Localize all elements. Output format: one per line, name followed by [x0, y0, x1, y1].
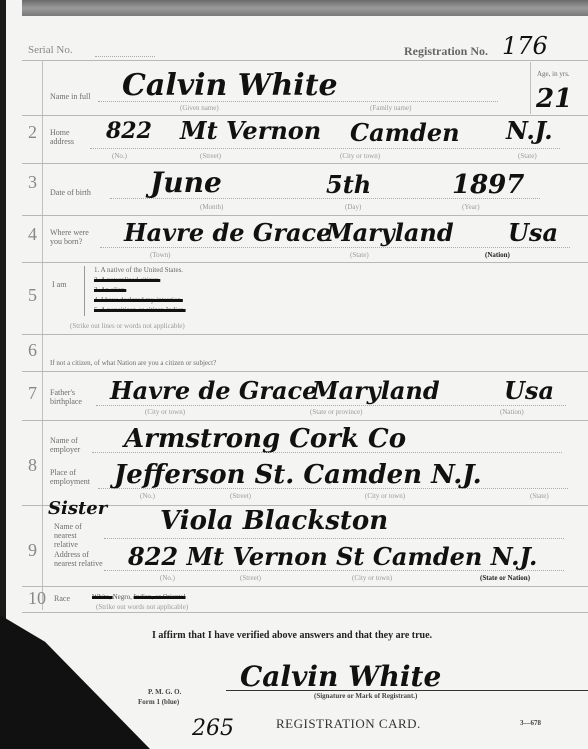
serial-label: Serial No. [28, 44, 73, 56]
form-id-line1: P. M. G. O. [148, 688, 181, 696]
caption: (Strike out lines or words not applicabl… [70, 322, 185, 330]
father-birthplace-label: Father's birthplace [50, 388, 90, 406]
torn-corner [0, 615, 150, 749]
race-option: Negro, [113, 593, 134, 601]
registration-number: 176 [502, 32, 548, 60]
birthplace-label: Where were you born? [50, 228, 100, 246]
row-number: 7 [28, 383, 37, 404]
caption: (No.) [140, 492, 155, 500]
place-of-employment-label: Place of employment [50, 468, 98, 486]
print-code: 3—678 [520, 719, 541, 727]
caption: (State or province) [310, 408, 362, 416]
divider [22, 420, 588, 421]
divider [22, 215, 588, 216]
row-number: 10 [28, 588, 46, 609]
signature-caption: (Signature or Mark of Registrant.) [314, 692, 417, 700]
affirmation-text: I affirm that I have verified above answ… [152, 630, 432, 641]
caption: (Town) [150, 251, 171, 259]
caption: (State or Nation) [480, 574, 530, 582]
citizenship-option: 5. A noncitizen or citizen Indian. [94, 305, 186, 315]
caption: (Nation) [485, 251, 510, 259]
address-line [90, 148, 560, 149]
relationship-annotation: Sister [48, 498, 107, 519]
caption: (State) [350, 251, 369, 259]
birthplace-line [100, 247, 570, 248]
dob-month: June [150, 166, 222, 199]
row-number: 9 [28, 540, 37, 561]
caption: (No.) [160, 574, 175, 582]
caption: (City or town) [365, 492, 405, 500]
relative-address-label: Address of nearest relative [54, 550, 104, 568]
father-town: Havre de Grace [110, 376, 317, 405]
registration-label: Registration No. [404, 44, 488, 59]
employer-line [92, 452, 562, 453]
card-top-edge [22, 0, 588, 16]
serial-line [95, 56, 155, 57]
divider [22, 262, 588, 263]
caption: (No.) [112, 152, 127, 160]
employer-label: Name of employer [50, 436, 90, 454]
caption: (Given name) [180, 104, 219, 112]
row-number: 3 [28, 172, 37, 193]
caption: (City or town) [340, 152, 380, 160]
signature-line [226, 690, 588, 691]
father-nation: Usa [504, 376, 554, 405]
form-id-line2: Form 1 (blue) [138, 698, 179, 706]
caption: (City or town) [352, 574, 392, 582]
number-column-line [42, 60, 43, 610]
divider [22, 586, 588, 587]
name-value: Calvin White [122, 68, 338, 103]
address-street: Mt Vernon [180, 116, 321, 145]
card-title: REGISTRATION CARD. [276, 716, 421, 732]
address-city: Camden [350, 118, 460, 147]
caption: (State) [518, 152, 537, 160]
place-of-employment-value: Jefferson St. Camden N.J. [114, 460, 482, 490]
caption: (Year) [462, 203, 480, 211]
relative-line [104, 538, 564, 539]
citizenship-label: I am [52, 280, 66, 289]
birthplace-nation: Usa [508, 218, 558, 247]
divider [22, 60, 588, 61]
age-divider [530, 62, 531, 114]
caption: (Nation) [500, 408, 524, 416]
divider [22, 371, 588, 372]
handwritten-number: 265 [192, 716, 234, 741]
nation-question-label: If not a citizen, of what Nation are you… [50, 359, 216, 368]
dob-day: 5th [326, 170, 371, 199]
dob-line [110, 198, 540, 199]
name-label: Name in full [50, 92, 90, 101]
caption: (Day) [345, 203, 361, 211]
row-number: 5 [28, 285, 37, 306]
address-number: 822 [106, 118, 152, 144]
caption: (Street) [230, 492, 251, 500]
age-label: Age, in yrs. [537, 70, 570, 79]
divider [22, 612, 588, 613]
birthplace-state: Maryland [326, 218, 454, 247]
caption: (Street) [200, 152, 221, 160]
citizenship-option: 3. An alien. [94, 285, 186, 295]
caption: (State) [530, 492, 549, 500]
caption: (Strike out words not applicable) [96, 603, 188, 611]
row-number: 2 [28, 122, 37, 143]
father-state: Maryland [312, 376, 440, 405]
caption: (Month) [200, 203, 223, 211]
nearest-relative-value: Viola Blackston [160, 506, 388, 536]
dob-year: 1897 [452, 170, 524, 200]
age-value: 21 [536, 84, 572, 114]
citizenship-option: 2. A naturalized citizen. [94, 275, 186, 285]
row-number: 4 [28, 224, 37, 245]
home-address-label: Home address [50, 128, 90, 146]
relative-address-line [104, 570, 564, 571]
race-option: Indian, or Oriental [134, 593, 186, 601]
nearest-relative-label: Name of nearest relative [54, 522, 102, 549]
race-label: Race [54, 594, 70, 603]
row-number: 8 [28, 455, 37, 476]
caption: (Street) [240, 574, 261, 582]
race-options: White, Negro, Indian, or Oriental [92, 593, 186, 601]
divider [22, 163, 588, 164]
employer-value: Armstrong Cork Co [124, 424, 406, 454]
citizenship-option: 1. A native of the United States. [94, 265, 186, 275]
employment-line [98, 488, 568, 489]
address-state: N.J. [506, 116, 553, 145]
caption: (Family name) [370, 104, 411, 112]
citizenship-option: 4. I have declared my intention. [94, 295, 186, 305]
father-line [96, 405, 566, 406]
brace [84, 266, 85, 316]
row-number: 6 [28, 340, 37, 361]
relative-address-value: 822 Mt Vernon St Camden N.J. [128, 542, 537, 571]
race-option: White, [92, 593, 113, 601]
divider [22, 334, 588, 335]
citizenship-options: 1. A native of the United States.2. A na… [94, 265, 186, 315]
name-line [98, 101, 498, 102]
birthplace-town: Havre de Grace [124, 218, 331, 247]
caption: (City or town) [145, 408, 185, 416]
dob-label: Date of birth [50, 188, 91, 197]
signature: Calvin White [240, 660, 441, 693]
